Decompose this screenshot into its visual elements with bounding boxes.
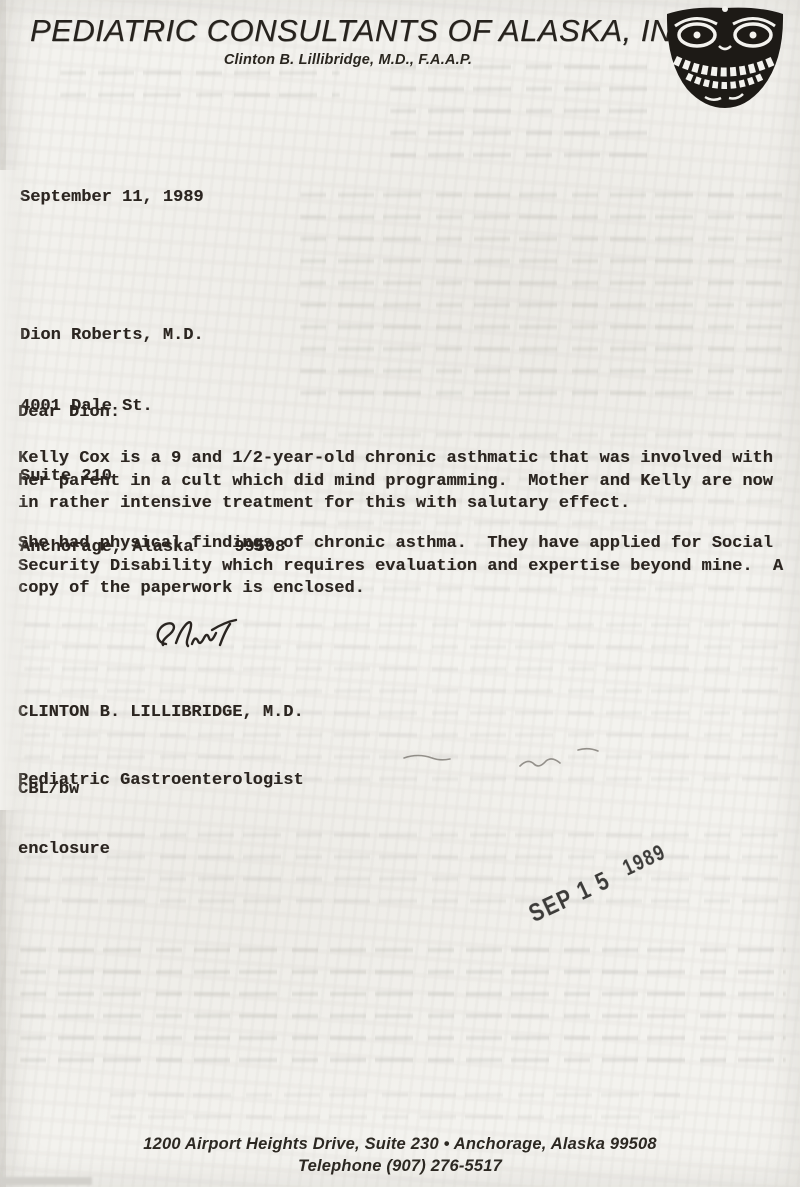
body-paragraph-1: Kelly Cox is a 9 and 1/2-year-old chroni… xyxy=(18,448,798,516)
enclosure-note: enclosure xyxy=(18,840,110,860)
company-name: PEDIATRIC CONSULTANTS OF ALASKA, INC. xyxy=(30,13,666,49)
received-date-stamp: SEP 1 5 1989 xyxy=(525,814,728,929)
typist-initials: CBL/bw xyxy=(18,780,110,800)
signer-name: CLINTON B. LILLIBRIDGE, M.D. xyxy=(18,702,304,725)
recipient-name: Dion Roberts, M.D. xyxy=(20,324,285,348)
pen-smudge-marks xyxy=(400,744,610,785)
tlingit-mask-icon xyxy=(657,2,793,119)
ghost-bleedthrough-text xyxy=(300,180,786,398)
stamp-month-day: SEP 1 5 xyxy=(525,866,615,929)
salutation: Dear Dion: xyxy=(18,402,120,425)
ghost-bleedthrough-text xyxy=(20,935,786,1075)
letter-date: September 11, 1989 xyxy=(20,187,204,210)
scan-corner-smudge xyxy=(0,1177,92,1185)
footer-telephone: Telephone (907) 276-5517 xyxy=(0,1155,800,1177)
body-paragraph-2: She had physical findings of chronic ast… xyxy=(18,533,798,601)
footer-address: 1200 Airport Heights Drive, Suite 230 • … xyxy=(0,1133,800,1155)
letterhead: PEDIATRIC CONSULTANTS OF ALASKA, INC. Cl… xyxy=(30,13,666,68)
scanned-letter-page: PEDIATRIC CONSULTANTS OF ALASKA, INC. Cl… xyxy=(0,0,800,1187)
physician-name: Clinton B. Lillibridge, M.D., F.A.A.P. xyxy=(30,52,666,68)
ghost-bleedthrough-text xyxy=(390,52,650,162)
ghost-bleedthrough-text xyxy=(110,1080,690,1120)
stamp-year: 1989 xyxy=(619,839,670,881)
reference-block: CBL/bw enclosure xyxy=(18,740,110,900)
letter-footer: 1200 Airport Heights Drive, Suite 230 • … xyxy=(0,1133,800,1177)
